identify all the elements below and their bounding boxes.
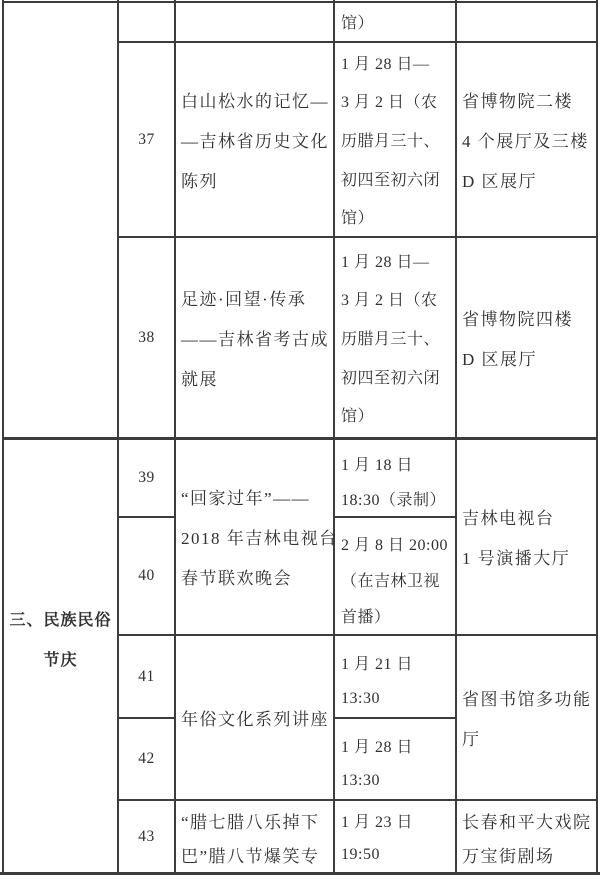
date-text: 19:50 [341, 838, 453, 873]
category-label-line: 节庆 [43, 639, 77, 679]
cell-name-39-40: “回家过年”—— 2018 年吉林电视台 春节联欢晚会 [181, 439, 331, 634]
date-text: 1 月 28 日— [341, 241, 453, 280]
date-text: 历腊月三十、 [341, 318, 453, 357]
date-text: （在吉林卫视 [341, 561, 453, 597]
event-name-line: 巴”腊八节爆笑专 [181, 838, 331, 873]
event-name-line: “回家过年”—— [181, 477, 331, 517]
venue-line: 吉林电视台 [462, 497, 596, 537]
date-text: 初四至初六闭 [341, 159, 453, 198]
grid-line-horizontal [117, 799, 598, 801]
date-text: 历腊月三十、 [341, 120, 453, 159]
venue-line: 长春和平大戏院 [462, 803, 596, 838]
cell-date-carryover: 馆） [341, 2, 453, 41]
event-name-line: 年俗文化系列讲座 [181, 698, 331, 738]
date-text: 1 月 21 日 [341, 644, 453, 681]
date-text: 13:30 [341, 681, 453, 718]
event-name-line: 2018 年吉林电视台 [181, 517, 331, 557]
venue-line: 万宝街剧场 [462, 838, 596, 873]
event-name-line: 陈列 [181, 160, 331, 200]
date-text: 馆） [341, 197, 453, 236]
cell-number-39: 39 [119, 439, 174, 516]
cell-name-41-42: 年俗文化系列讲座 [181, 636, 331, 799]
cell-date-37: 1 月 28 日— 3 月 2 日（农 历腊月三十、 初四至初六闭 馆） [341, 43, 453, 236]
date-text: 13:30 [341, 763, 453, 799]
cell-venue-41-42: 省图书馆多功能 厅 [462, 636, 596, 799]
venue-line: 省图书馆多功能 [462, 678, 596, 718]
grid-line-horizontal [0, 872, 600, 875]
cell-number-43: 43 [119, 801, 174, 872]
event-name-line: ——吉林省考古成 [181, 318, 331, 358]
cell-venue-37: 省博物院二楼 4 个展厅及三楼 D 区展厅 [462, 43, 596, 236]
date-text: 1 月 28 日 [341, 727, 453, 763]
venue-line: 省博物院四楼 [462, 298, 596, 338]
events-schedule-table: 馆） 37 白山松水的记忆— —吉林省历史文化 陈列 1 月 28 日— 3 月… [0, 0, 600, 880]
date-text: 3 月 2 日（农 [341, 82, 453, 121]
row-number: 41 [138, 657, 155, 697]
cell-number-38: 38 [119, 238, 174, 437]
cell-number-42: 42 [119, 719, 174, 799]
grid-line-horizontal [2, 1, 598, 3]
cell-date-38: 1 月 28 日— 3 月 2 日（农 历腊月三十、 初四至初六闭 馆） [341, 238, 453, 437]
row-number: 38 [138, 318, 155, 358]
date-text: 馆） [341, 395, 453, 434]
event-name-line: 足迹·回望·传承 [181, 278, 331, 318]
cell-name-37: 白山松水的记忆— —吉林省历史文化 陈列 [181, 43, 331, 236]
cell-venue-39-40: 吉林电视台 1 号演播大厅 [462, 439, 596, 634]
cell-venue-38: 省博物院四楼 D 区展厅 [462, 238, 596, 437]
event-name-line: 就展 [181, 358, 331, 398]
row-number: 37 [138, 120, 155, 160]
date-text: 1 月 18 日 [341, 446, 453, 481]
cell-name-43: “腊七腊八乐掉下 巴”腊八节爆笑专 [181, 803, 331, 872]
venue-line: 1 号演播大厅 [462, 537, 596, 577]
row-number: 39 [138, 458, 155, 498]
venue-line: 省博物院二楼 [462, 80, 596, 120]
cell-number-41: 41 [119, 636, 174, 717]
cell-date-43: 1 月 23 日 19:50 [341, 803, 453, 872]
date-text: 1 月 28 日— [341, 43, 453, 82]
cell-category-section3: 三、民族民俗 节庆 [4, 422, 117, 855]
date-text: 1 月 23 日 [341, 803, 453, 838]
row-number: 42 [138, 739, 155, 779]
grid-line-horizontal [333, 516, 457, 518]
grid-line-horizontal [333, 717, 457, 719]
cell-date-41: 1 月 21 日 13:30 [341, 644, 453, 717]
date-text: 18:30（录制） [341, 481, 453, 516]
date-text: 初四至初六闭 [341, 357, 453, 396]
cell-venue-43: 长春和平大戏院 万宝街剧场 [462, 803, 596, 872]
venue-line: D 区展厅 [462, 338, 596, 378]
cell-date-40: 2 月 8 日 20:00 （在吉林卫视 首播） [341, 525, 453, 634]
event-name-line: 白山松水的记忆— [181, 80, 331, 120]
event-name-line: “腊七腊八乐掉下 [181, 803, 331, 838]
row-number: 40 [138, 556, 155, 596]
venue-line: 厅 [462, 718, 596, 758]
cell-date-42: 1 月 28 日 13:30 [341, 727, 453, 799]
date-text: 馆） [341, 2, 453, 41]
cell-name-38: 足迹·回望·传承 ——吉林省考古成 就展 [181, 238, 331, 437]
event-name-line: 春节联欢晚会 [181, 557, 331, 597]
date-text: 3 月 2 日（农 [341, 280, 453, 319]
date-text: 首播） [341, 598, 453, 634]
row-number: 43 [138, 817, 155, 857]
event-name-line: —吉林省历史文化 [181, 120, 331, 160]
cell-number-37: 37 [119, 43, 174, 236]
venue-line: D 区展厅 [462, 160, 596, 200]
date-text: 2 月 8 日 20:00 [341, 525, 453, 561]
category-label-line: 三、民族民俗 [9, 599, 111, 639]
cell-number-40: 40 [119, 518, 174, 634]
cell-date-39: 1 月 18 日 18:30（录制） [341, 446, 453, 516]
venue-line: 4 个展厅及三楼 [462, 120, 596, 160]
